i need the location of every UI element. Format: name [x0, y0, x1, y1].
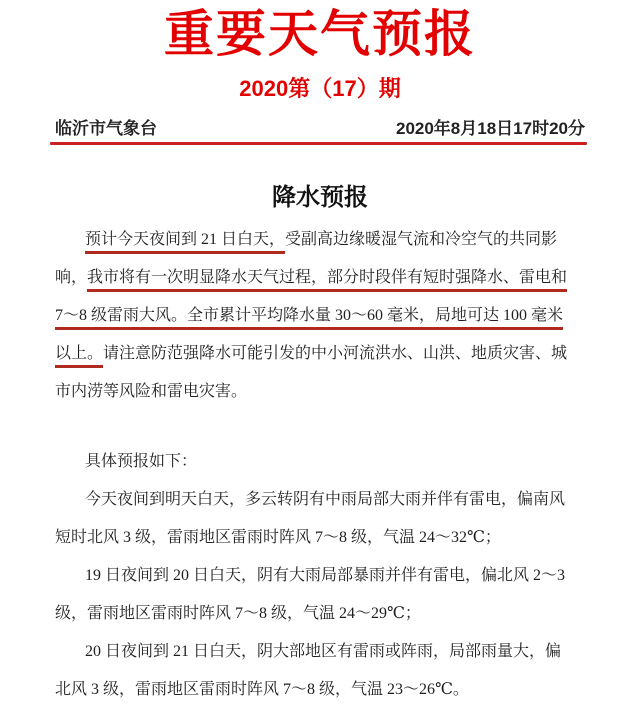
body-text: 19 日夜间到 20 日白天，阴有大雨局部暴雨并伴有雷电，偏北风 2～3 [85, 567, 565, 584]
text-line: 市内涝等风险和雷电灾害。 [55, 373, 585, 411]
header-rule [50, 142, 587, 145]
red-underlined-text: 我市将有一次明显降水天气过程，部分时段伴有短时强降水、雷电和 [87, 269, 567, 292]
body-text: 级，雷雨地区雷雨时阵风 7～8 级，气温 24～29℃； [55, 605, 421, 622]
text-line: 响，我市将有一次明显降水天气过程，部分时段伴有短时强降水、雷电和 [55, 259, 585, 297]
body-text: 短时北风 3 级，雷雨地区雷雨时阵风 7～8 级，气温 24～32℃； [55, 529, 501, 546]
body-text: 响， [55, 269, 87, 286]
text-line: 今天夜间到明天白天，多云转阴有中雨局部大雨并伴有雷电，偏南风 [55, 481, 585, 519]
red-underlined-text: 7～8 级雷雨大风。全市累计平均降水量 30～60 毫米，局地可达 100 毫米 [55, 307, 563, 330]
body-text: 20 日夜间到 21 日白天，阴大部地区有雷雨或阵雨，局部雨量大，偏 [85, 643, 561, 660]
agency-name: 临沂市气象台 [55, 118, 157, 140]
text-line: 北风 3 级，雷雨地区雷雨时阵风 7～8 级，气温 23～26℃。 [55, 671, 585, 709]
paragraph-summary: 预计今天夜间到 21 日白天，受副高边缘暖湿气流和冷空气的共同影响，我市将有一次… [55, 221, 585, 411]
text-line: 预计今天夜间到 21 日白天，受副高边缘暖湿气流和冷空气的共同影 [55, 221, 585, 259]
body-text: 请注意防范强降水可能引发的中小河流洪水、山洪、地质灾害、城 [103, 345, 567, 362]
body-text: 市内涝等风险和雷电灾害。 [55, 383, 247, 400]
section-title: 降水预报 [0, 183, 640, 213]
meta-row: 临沂市气象台 2020年8月18日17时20分 [55, 118, 585, 140]
body-text: 今天夜间到明天白天，多云转阴有中雨局部大雨并伴有雷电，偏南风 [85, 491, 565, 508]
paragraph-forecast-day2: 19 日夜间到 20 日白天，阴有大雨局部暴雨并伴有雷电，偏北风 2～3级，雷雨… [55, 557, 585, 633]
text-line: 级，雷雨地区雷雨时阵风 7～8 级，气温 24～29℃； [55, 595, 585, 633]
body-text: 北风 3 级，雷雨地区雷雨时阵风 7～8 级，气温 23～26℃。 [55, 681, 469, 698]
paragraph-forecast-day3: 20 日夜间到 21 日白天，阴大部地区有雷雨或阵雨，局部雨量大，偏北风 3 级… [55, 633, 585, 709]
paragraph-detail-intro: 具体预报如下： [55, 443, 585, 481]
text-line: 19 日夜间到 20 日白天，阴有大雨局部暴雨并伴有雷电，偏北风 2～3 [55, 557, 585, 595]
weather-bulletin-page: 重要天气预报 2020第（17）期 临沂市气象台 2020年8月18日17时20… [0, 0, 640, 713]
text-line: 以上。请注意防范强降水可能引发的中小河流洪水、山洪、地质灾害、城 [55, 335, 585, 373]
text-line: 7～8 级雷雨大风。全市累计平均降水量 30～60 毫米，局地可达 100 毫米 [55, 297, 585, 335]
text-line: 20 日夜间到 21 日白天，阴大部地区有雷雨或阵雨，局部雨量大，偏 [55, 633, 585, 671]
red-underlined-text: 以上。 [55, 345, 103, 368]
text-line: 具体预报如下： [55, 443, 585, 481]
paragraph-forecast-day1: 今天夜间到明天白天，多云转阴有中雨局部大雨并伴有雷电，偏南风短时北风 3 级，雷… [55, 481, 585, 557]
doc-title: 重要天气预报 [0, 6, 640, 62]
document-body: 预计今天夜间到 21 日白天，受副高边缘暖湿气流和冷空气的共同影响，我市将有一次… [55, 221, 585, 709]
issue-number: 2020第（17）期 [0, 76, 640, 102]
issue-datetime: 2020年8月18日17时20分 [396, 118, 585, 140]
red-underlined-text: 预计今天夜间到 21 日白天， [85, 231, 285, 254]
body-text: 受副高边缘暖湿气流和冷空气的共同影 [285, 231, 557, 248]
text-line: 短时北风 3 级，雷雨地区雷雨时阵风 7～8 级，气温 24～32℃； [55, 519, 585, 557]
body-text: 具体预报如下： [85, 453, 197, 470]
